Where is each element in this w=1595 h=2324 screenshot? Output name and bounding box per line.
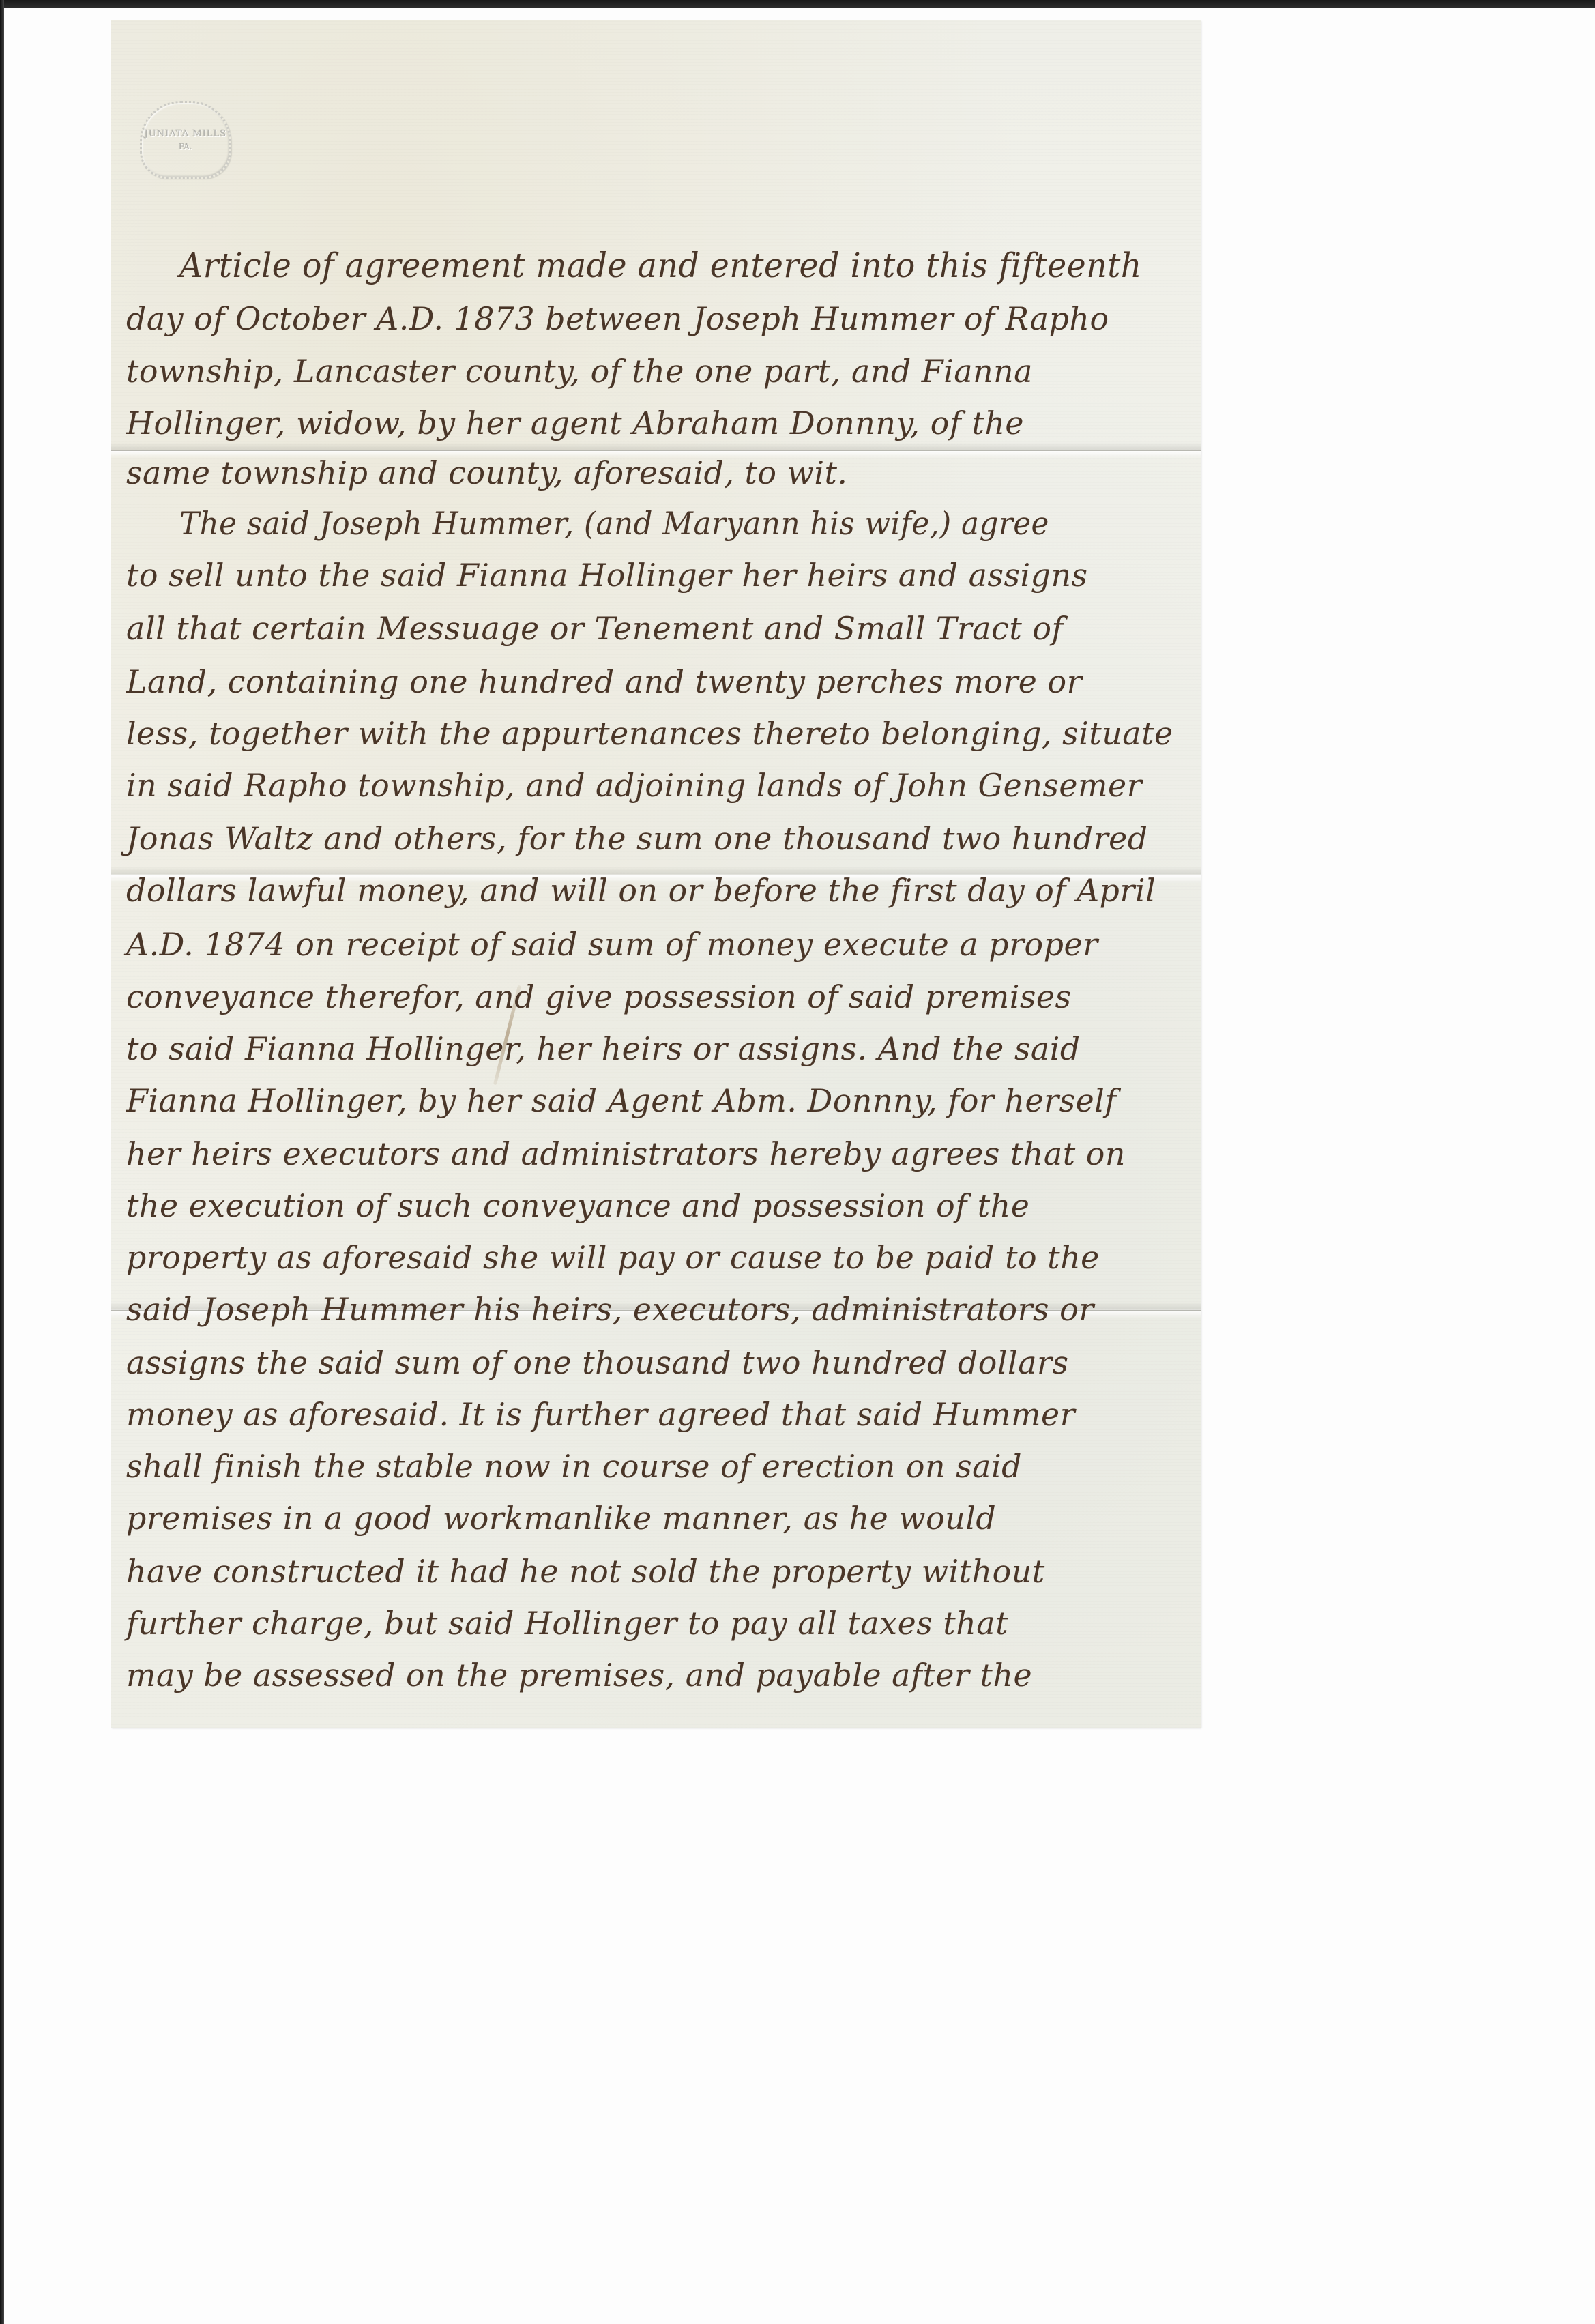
handwritten-line-21: said Joseph Hummer his heirs, executors,… [126,1291,1187,1328]
handwritten-line-4: Hollinger, widow, by her agent Abraham D… [126,405,1187,441]
handwritten-line-16: to said Fianna Hollinger, her heirs or a… [126,1030,1187,1067]
embossed-mill-stamp-icon: JUNIATA MILLS PA. [140,101,231,179]
handwritten-line-18: her heirs executors and administrators h… [126,1135,1187,1172]
handwritten-line-26: have constructed it had he not sold the … [126,1553,1187,1590]
handwritten-line-3: township, Lancaster county, of the one p… [126,353,1187,390]
handwritten-line-20: property as aforesaid she will pay or ca… [126,1239,1187,1276]
handwritten-line-10: less, together with the appurtenances th… [126,715,1187,752]
handwritten-line-25: premises in a good workmanlike manner, a… [126,1500,1187,1537]
handwritten-line-9: Land, containing one hundred and twenty … [126,663,1187,700]
handwritten-line-5: same township and county, aforesaid, to … [126,454,1187,491]
handwritten-line-13: dollars lawful money, and will on or bef… [126,872,1187,909]
handwritten-agreement-page: JUNIATA MILLS PA. Article of agreement m… [111,20,1201,1728]
handwritten-line-24: shall finish the stable now in course of… [126,1448,1187,1485]
handwritten-line-7: to sell unto the said Fianna Hollinger h… [126,557,1187,594]
handwritten-line-15: conveyance therefor, and give possession… [126,978,1187,1015]
handwritten-line-17: Fianna Hollinger, by her said Agent Abm.… [126,1082,1187,1119]
handwritten-line-22: assigns the said sum of one thousand two… [126,1344,1187,1381]
handwritten-line-11: in said Rapho township, and adjoining la… [126,767,1187,804]
handwritten-line-14: A.D. 1874 on receipt of said sum of mone… [126,926,1187,963]
handwritten-line-6: The said Joseph Hummer, (and Maryann his… [179,505,1189,542]
scanner-border-left [0,0,4,2324]
stamp-state: PA. [179,142,192,151]
handwritten-line-2: day of October A.D. 1873 between Joseph … [126,300,1187,337]
handwritten-line-12: Jonas Waltz and others, for the sum one … [126,820,1187,857]
handwritten-line-23: money as aforesaid. It is further agreed… [126,1396,1187,1433]
handwritten-line-28: may be assessed on the premises, and pay… [126,1657,1187,1694]
handwritten-line-8: all that certain Messuage or Tenement an… [126,610,1187,647]
scanner-border-top [0,0,1595,8]
handwritten-line-1: Article of agreement made and entered in… [179,246,1189,285]
stamp-mill-name: JUNIATA MILLS [145,129,226,139]
handwritten-line-19: the execution of such conveyance and pos… [126,1187,1187,1224]
handwritten-line-27: further charge, but said Hollinger to pa… [126,1605,1187,1642]
paper-fold-line-1 [111,450,1201,451]
